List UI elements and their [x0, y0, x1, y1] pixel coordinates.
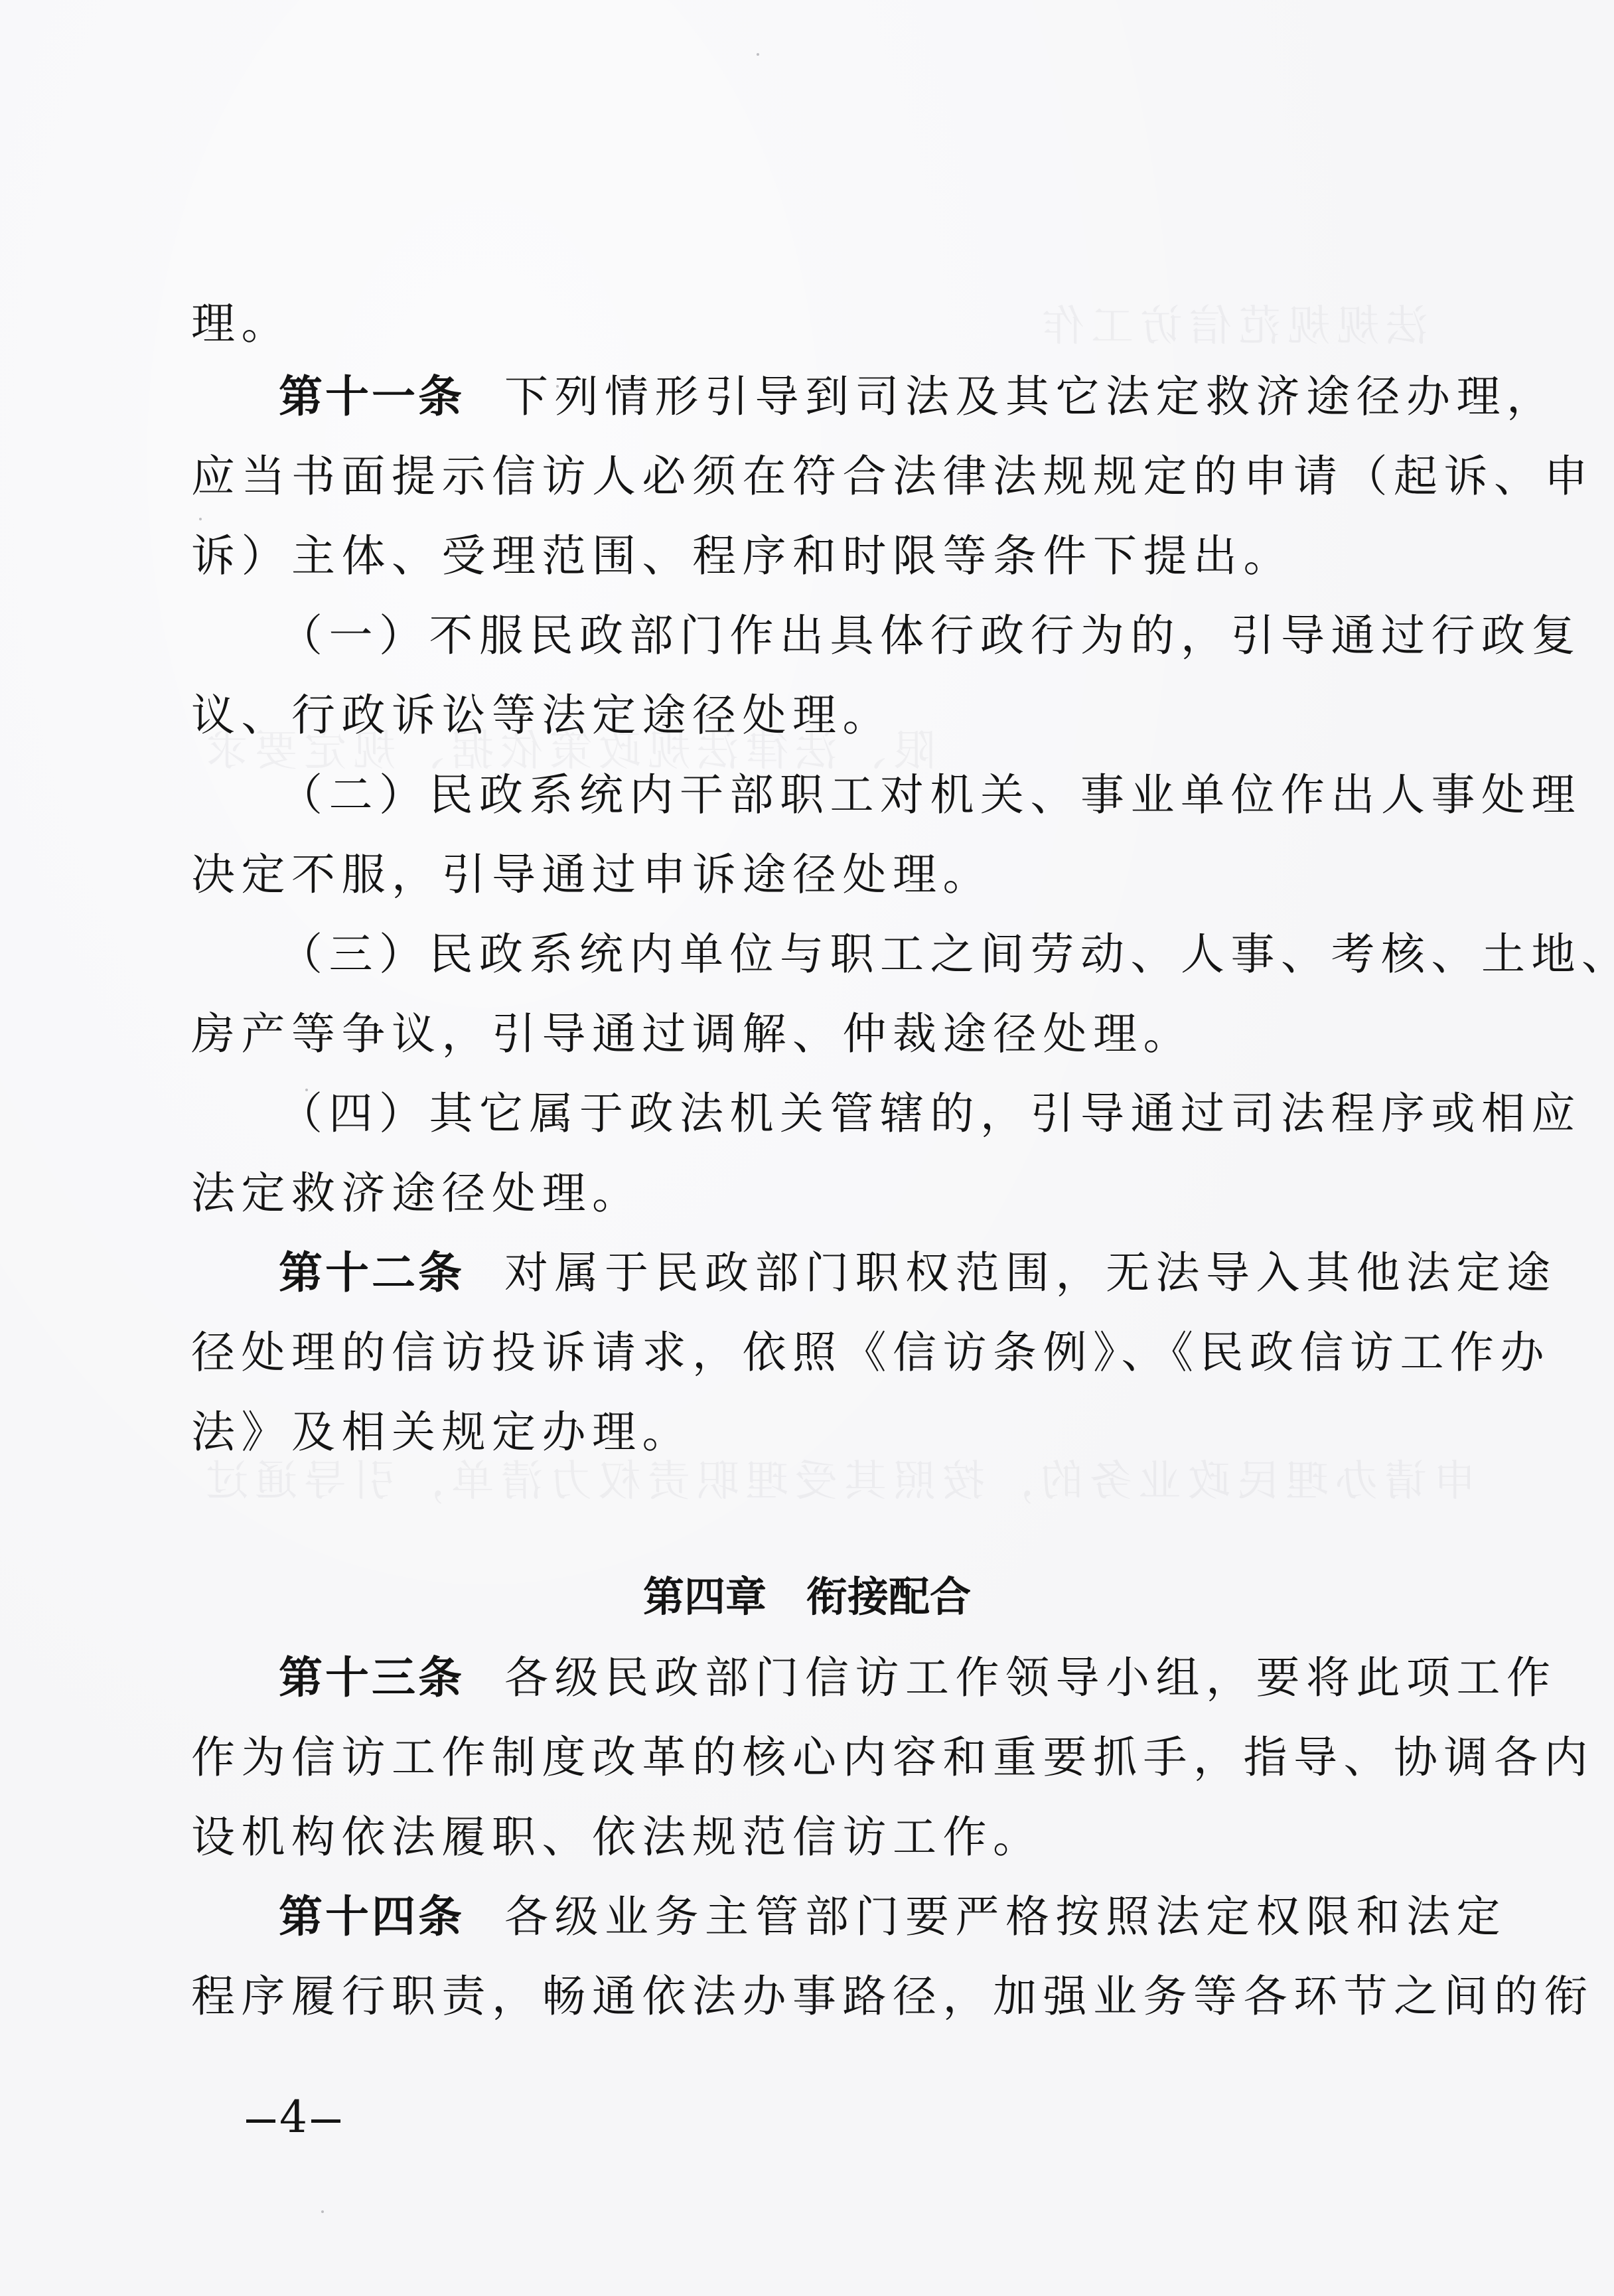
body-text-line: 法定救济途径处理。 — [191, 1167, 1412, 1220]
body-text-line: 法》及相关规定办理。 — [191, 1406, 1412, 1459]
article-13-first-line: 第十三条各级民政部门信访工作领导小组，要将此项工作 — [279, 1651, 1412, 1705]
body-text-line: 理。 — [191, 297, 1412, 350]
chapter-number: 第四章 — [643, 1572, 767, 1621]
article-number: 第十三条 — [279, 1652, 465, 1703]
body-text-line: 设机构依法履职、依法规范信访工作。 — [191, 1811, 1412, 1864]
page-number-dash-left — [246, 2119, 275, 2123]
chapter-title: 衔接配合 — [806, 1572, 971, 1621]
list-item-2: （二）民政系统内干部职工对机关、事业单位作出人事处理 — [279, 769, 1412, 822]
article-12-first-line: 第十二条对属于民政部门职权范围，无法导入其他法定途 — [279, 1247, 1412, 1300]
chapter-heading: 第四章衔接配合 — [0, 1570, 1614, 1624]
article-number: 第十二条 — [279, 1247, 465, 1298]
body-text-line: 诉）主体、受理范围、程序和时限等条件下提出。 — [191, 530, 1412, 583]
body-text-line: 房产等争议，引导通过调解、仲裁途径处理。 — [191, 1008, 1412, 1061]
article-number: 第十四条 — [279, 1891, 465, 1942]
list-item-1: （一）不服民政部门作出具体行政行为的，引导通过行政复 — [279, 609, 1412, 662]
body-text-line: 作为信访工作制度改革的核心内容和重要抓手，指导、协调各内 — [191, 1731, 1412, 1784]
list-item-4: （四）其它属于政法机关管辖的，引导通过司法程序或相应 — [279, 1087, 1412, 1140]
document-page: 法规规范信访工作 限、法律法规政策依据、规定要求 申请办理民政业务的，按照其受理… — [0, 0, 1614, 2296]
scan-speck — [757, 53, 759, 56]
page-number: 4 — [242, 2091, 344, 2144]
body-text-line: 程序履行职责，畅通依法办事路径，加强业务等各环节之间的衔 — [191, 1970, 1412, 2023]
scan-speck — [199, 518, 202, 520]
article-11-first-line: 第十一条下列情形引导到司法及其它法定救济途径办理， — [279, 370, 1412, 423]
scan-speck — [321, 2210, 324, 2213]
article-number: 第十一条 — [279, 371, 465, 422]
body-text-line: 决定不服，引导通过申诉途径处理。 — [191, 848, 1412, 901]
list-item-3: （三）民政系统内单位与职工之间劳动、人事、考核、土地、 — [279, 928, 1412, 981]
article-14-first-line: 第十四条各级业务主管部门要严格按照法定权限和法定 — [279, 1890, 1412, 1944]
page-number-dash-right — [311, 2119, 340, 2123]
body-text-line: 议、行政诉讼等法定途径处理。 — [191, 689, 1412, 742]
body-text-line: 应当书面提示信访人必须在符合法律法规规定的申请（起诉、申 — [191, 450, 1412, 503]
body-text-line: 径处理的信访投诉请求，依照《信访条例》、《民政信访工作办 — [191, 1326, 1412, 1379]
